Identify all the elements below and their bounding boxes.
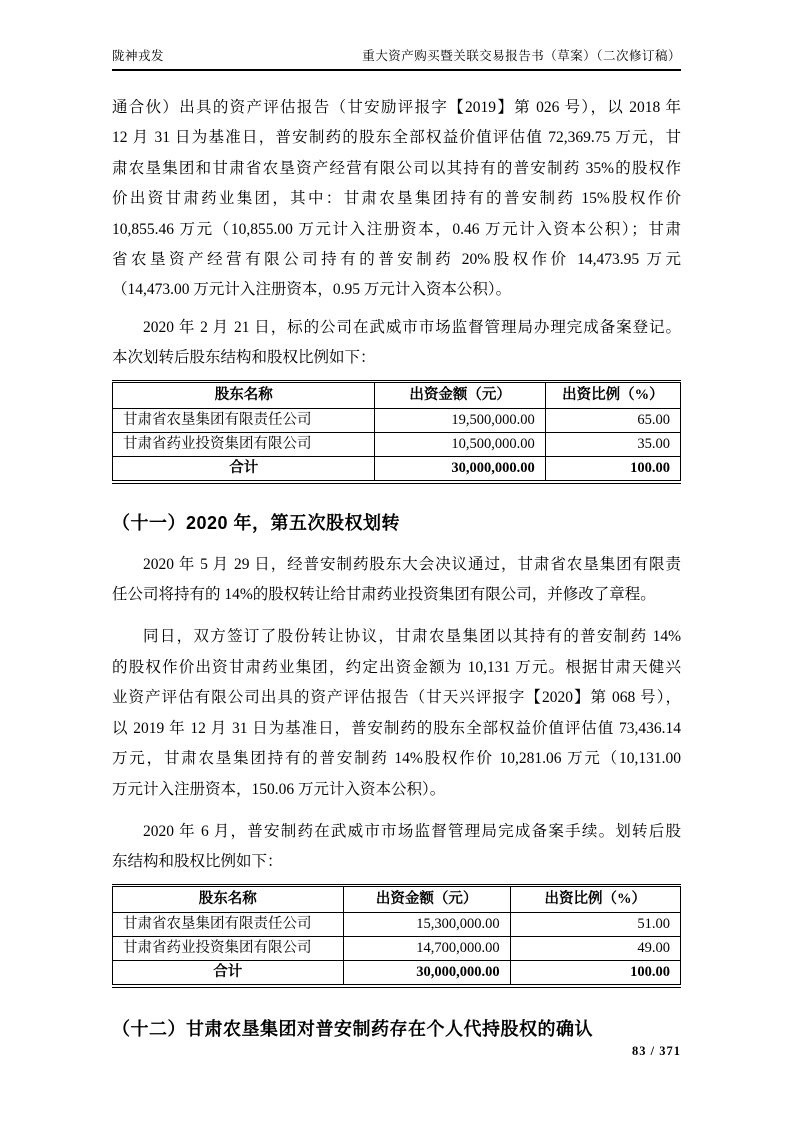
paragraph-line: 2020 年 2 月 21 日，标的公司在武威市市场监督管理局办理完成备案登记。 [112, 313, 681, 343]
capital-ratio: 49.00 [510, 936, 680, 960]
col-header-shareholder: 股东名称 [113, 381, 375, 408]
section-heading-twelve: （十二）甘肃农垦集团对普安制药存在个人代持股权的确认 [112, 1015, 681, 1041]
header-report-title: 重大资产购买暨关联交易报告书（草案）（二次修订稿） [362, 46, 681, 64]
paragraph-line: 12 月 31 日为基准日，普安制药的股东全部权益价值评估值 72,369.75… [112, 123, 681, 153]
paragraph-line: 业资产评估有限公司出具的资产评估报告（甘天兴评报字【2020】第 068 号）， [112, 683, 681, 713]
capital-ratio: 65.00 [545, 408, 680, 432]
paragraph-line: 以 2019 年 12 月 31 日为基准日，普安制药的股东全部权益价值评估值 … [112, 714, 681, 744]
capital-ratio: 51.00 [510, 912, 680, 936]
paragraph-line: 10,855.46 万元（10,855.00 万元计入注册资本，0.46 万元计… [112, 215, 681, 245]
capital-amount: 15,300,000.00 [343, 912, 510, 936]
paragraph-line: 肃农垦集团和甘肃省农垦资产经营有限公司以其持有的普安制药 35%的股权作 [112, 154, 681, 184]
total-amount: 30,000,000.00 [375, 456, 545, 482]
paragraph-line: 2020 年 6 月，普安制药在武威市市场监督管理局完成备案手续。划转后股 [112, 817, 681, 847]
paragraph-line: 同日，双方签订了股份转让协议，甘肃农垦集团以其持有的普安制药 14% [112, 622, 681, 652]
capital-amount: 19,500,000.00 [375, 408, 545, 432]
document-page: 陇神戎发 重大资产购买暨关联交易报告书（草案）（二次修订稿） 通合伙）出具的资产… [0, 0, 793, 1122]
capital-amount: 10,500,000.00 [375, 432, 545, 456]
table-row: 甘肃省农垦集团有限责任公司 15,300,000.00 51.00 [113, 912, 681, 936]
col-header-amount: 出资金额（元） [375, 381, 545, 408]
paragraph-line: 价出资甘肃药业集团，其中：甘肃农垦集团持有的普安制药 15%股权作价 [112, 184, 681, 214]
paragraph-resolution: 2020 年 5 月 29 日，经普安制药股东大会决议通过，甘肃省农垦集团有限责… [112, 550, 681, 611]
table-total-row: 合计 30,000,000.00 100.00 [113, 456, 681, 482]
paragraph-line: 本次划转后股东结构和股权比例如下： [112, 343, 681, 373]
paragraph-filing-feb2020: 2020 年 2 月 21 日，标的公司在武威市市场监督管理局办理完成备案登记。… [112, 313, 681, 374]
col-header-amount: 出资金额（元） [343, 885, 510, 912]
total-label: 合计 [113, 456, 375, 482]
col-header-ratio: 出资比例（%） [545, 381, 680, 408]
shareholder-name: 甘肃省农垦集团有限责任公司 [113, 912, 344, 936]
paragraph-line: 万元，甘肃农垦集团持有的普安制药 14%股权作价 10,281.06 万元（10… [112, 744, 681, 774]
paragraph-line: 万元计入注册资本，150.06 万元计入资本公积）。 [112, 775, 681, 805]
paragraph-line: 2020 年 5 月 29 日，经普安制药股东大会决议通过，甘肃省农垦集团有限责 [112, 550, 681, 580]
shareholder-name: 甘肃省药业投资集团有限公司 [113, 432, 375, 456]
paragraph-agreement: 同日，双方签订了股份转让协议，甘肃农垦集团以其持有的普安制药 14% 的股权作价… [112, 622, 681, 804]
paragraph-line: 东结构和股权比例如下： [112, 847, 681, 877]
total-amount: 30,000,000.00 [343, 960, 510, 986]
shareholder-table-1: 股东名称 出资金额（元） 出资比例（%） 甘肃省农垦集团有限责任公司 19,50… [112, 380, 681, 484]
shareholder-name: 甘肃省农垦集团有限责任公司 [113, 408, 375, 432]
paragraph-filing-jun2020: 2020 年 6 月，普安制药在武威市市场监督管理局完成备案手续。划转后股 东结… [112, 817, 681, 878]
shareholder-name: 甘肃省药业投资集团有限公司 [113, 936, 344, 960]
paragraph-carryover: 通合伙）出具的资产评估报告（甘安励评报字【2019】第 026 号），以 201… [112, 93, 681, 306]
paragraph-line: 任公司将持有的 14%的股权转让给甘肃药业投资集团有限公司，并修改了章程。 [112, 580, 681, 610]
shareholder-table-2: 股东名称 出资金额（元） 出资比例（%） 甘肃省农垦集团有限责任公司 15,30… [112, 884, 681, 988]
paragraph-line: 通合伙）出具的资产评估报告（甘安励评报字【2019】第 026 号），以 201… [112, 93, 681, 123]
table-row: 甘肃省药业投资集团有限公司 14,700,000.00 49.00 [113, 936, 681, 960]
table-header-row: 股东名称 出资金额（元） 出资比例（%） [113, 885, 681, 912]
header-stock-name: 陇神戎发 [112, 46, 164, 64]
total-ratio: 100.00 [510, 960, 680, 986]
page-number: 83 / 371 [112, 1044, 681, 1059]
running-header: 陇神戎发 重大资产购买暨关联交易报告书（草案）（二次修订稿） [112, 0, 681, 71]
paragraph-line: 的股权作价出资甘肃药业集团，约定出资金额为 10,131 万元。根据甘肃天健兴 [112, 653, 681, 683]
capital-amount: 14,700,000.00 [343, 936, 510, 960]
table-header-row: 股东名称 出资金额（元） 出资比例（%） [113, 381, 681, 408]
total-ratio: 100.00 [545, 456, 680, 482]
col-header-shareholder: 股东名称 [113, 885, 344, 912]
col-header-ratio: 出资比例（%） [510, 885, 680, 912]
table-row: 甘肃省农垦集团有限责任公司 19,500,000.00 65.00 [113, 408, 681, 432]
capital-ratio: 35.00 [545, 432, 680, 456]
table-total-row: 合计 30,000,000.00 100.00 [113, 960, 681, 986]
section-heading-eleven: （十一）2020 年，第五次股权划转 [112, 509, 681, 535]
table-row: 甘肃省药业投资集团有限公司 10,500,000.00 35.00 [113, 432, 681, 456]
paragraph-line: 省农垦资产经营有限公司持有的普安制药 20%股权作价 14,473.95 万元 [112, 245, 681, 275]
paragraph-line: （14,473.00 万元计入注册资本，0.95 万元计入资本公积）。 [112, 275, 681, 305]
total-label: 合计 [113, 960, 344, 986]
